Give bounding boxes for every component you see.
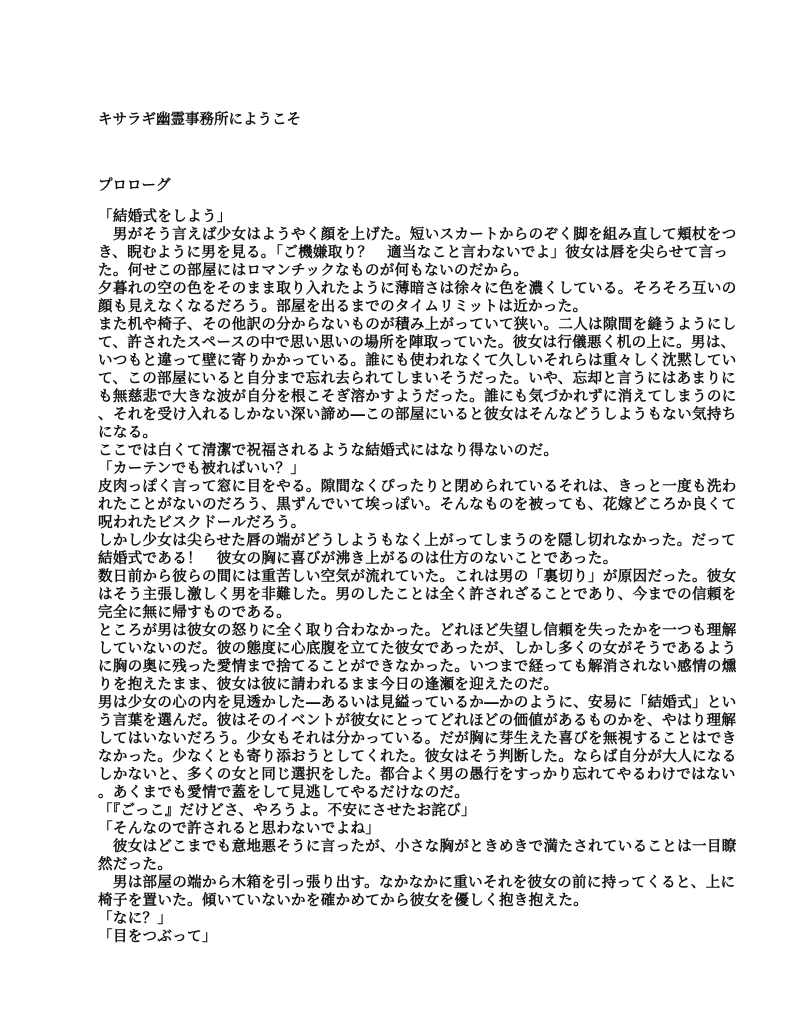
text-line: 男は部屋の端から木箱を引っ張り出す。なかなかに重いそれを彼女の前に持ってくると、… <box>98 874 710 892</box>
text-line: も無慈悲で大きな波が自分を根こそぎ溶かすようだった。誰にも気づかれずに消えてしま… <box>98 388 710 406</box>
text-line: しかし少女は尖らせた唇の端がどうしようもなく上がってしまうのを隠し切れなかった。… <box>98 532 710 550</box>
text-line: う言葉を選んだ。彼はそのイベントが彼女にとってどれほどの価値があるものかを、やは… <box>98 712 710 730</box>
text-line: 呪われたビスクドールだろう。 <box>98 514 710 532</box>
text-line: なかった。少なくとも寄り添おうとしてくれた。彼女はそう判断した。ならば自分が大人… <box>98 748 710 766</box>
text-line: 、それを受け入れるしかない深い諦め―この部屋にいると彼女はそんなどうしようもない… <box>98 406 710 424</box>
text-line: 椅子を置いた。傾いていないかを確かめてから彼女を優しく抱き抱えた。 <box>98 892 710 910</box>
text-line: 「『ごっこ』だけどさ、やろうよ。不安にさせたお詫び」 <box>98 802 710 820</box>
text-line: 彼女はどこまでも意地悪そうに言ったが、小さな胸がときめきで満たされていることは一… <box>98 838 710 856</box>
text-line: ここでは白くて清潔で祝福されるような結婚式にはなり得ないのだ。 <box>98 442 710 460</box>
text-line: いつもと違って壁に寄りかかっている。誰にも使われなくて久しいそれらは重々しく沈黙… <box>98 352 710 370</box>
text-line: て、許されたスペースの中で思い思いの場所を陣取っていた。彼女は行儀悪く机の上に。… <box>98 334 710 352</box>
text-line: 数日前から彼らの間には重苦しい空気が流れていた。これは男の「裏切り」が原因だった… <box>98 568 710 586</box>
text-line: しかないと、多くの女と同じ選択をした。都合よく男の愚行をすっかり忘れてやるわけで… <box>98 766 710 784</box>
text-line: 「そんなので許されると思わないでよね」 <box>98 820 710 838</box>
text-line: 「結婚式をしよう」 <box>98 208 710 226</box>
text-line: 男がそう言えば少女はようやく顔を上げた。短いスカートからのぞく脚を組み直して頬杖… <box>98 226 710 244</box>
text-line: 男は少女の心の内を見透かした―あるいは見縊っているか―かのように、安易に「結婚式… <box>98 694 710 712</box>
text-line: になる。 <box>98 424 710 442</box>
text-line: してはいないだろう。少女もそれは分かっている。だが胸に芽生えた喜びを無視すること… <box>98 730 710 748</box>
text-line: き、睨むように男を見る。「ご機嫌取り？ 適当なこと言わないでよ」彼女は唇を尖らせ… <box>98 244 710 262</box>
text-line: 「なに？」 <box>98 910 710 928</box>
text-line: 完全に無に帰すものである。 <box>98 604 710 622</box>
text-line: た。何せこの部屋にはロマンチックなものが何もないのだから。 <box>98 262 710 280</box>
document-title: キサラギ幽霊事務所にようこそ <box>98 108 301 129</box>
text-line: れたことがないのだろう、黒ずんでいて埃っぽい。そんなものを被っても、花嫁どころか… <box>98 496 710 514</box>
text-line: て、この部屋にいると自分まで忘れ去られてしまいそうだった。いや、忘却と言うにはあ… <box>98 370 710 388</box>
chapter-heading: プロローグ <box>98 174 171 195</box>
text-line: はそう主張し激しく男を非難した。男のしたことは全く許されざることであり、今までの… <box>98 586 710 604</box>
text-line: 。あくまでも愛情で蓋をして見逃してやるだけなのだ。 <box>98 784 710 802</box>
document-body: 「結婚式をしよう」 男がそう言えば少女はようやく顔を上げた。短いスカートからのぞ… <box>98 208 710 946</box>
text-line: 然だった。 <box>98 856 710 874</box>
text-line: 「カーテンでも被ればいい？」 <box>98 460 710 478</box>
text-line: 「目をつぶって」 <box>98 928 710 946</box>
text-line: また机や椅子、その他訳の分からないものが積み上がっていて狭い。二人は隙間を縫うよ… <box>98 316 710 334</box>
text-line: 夕暮れの空の色をそのまま取り入れたように薄暗さは徐々に色を濃くしている。そろそろ… <box>98 280 710 298</box>
text-line: 結婚式である！ 彼女の胸に喜びが沸き上がるのは仕方のないことであった。 <box>98 550 710 568</box>
text-line: りを抱えたまま、彼女は彼に請われるまま今日の逢瀬を迎えたのだ。 <box>98 676 710 694</box>
text-line: 顔も見えなくなるだろう。部屋を出るまでのタイムリミットは近かった。 <box>98 298 710 316</box>
text-line: ところが男は彼女の怒りに全く取り合わなかった。どれほど失望し信頼を失ったかを一つ… <box>98 622 710 640</box>
text-line: 皮肉っぽく言って窓に目をやる。隙間なくぴったりと閉められているそれは、きっと一度… <box>98 478 710 496</box>
text-line: していないのだ。彼の態度に心底腹を立てた彼女であったが、しかし多くの女がそうであ… <box>98 640 710 658</box>
text-line: に胸の奥に残った愛情まで捨てることができなかった。いつまで経っても解消されない感… <box>98 658 710 676</box>
